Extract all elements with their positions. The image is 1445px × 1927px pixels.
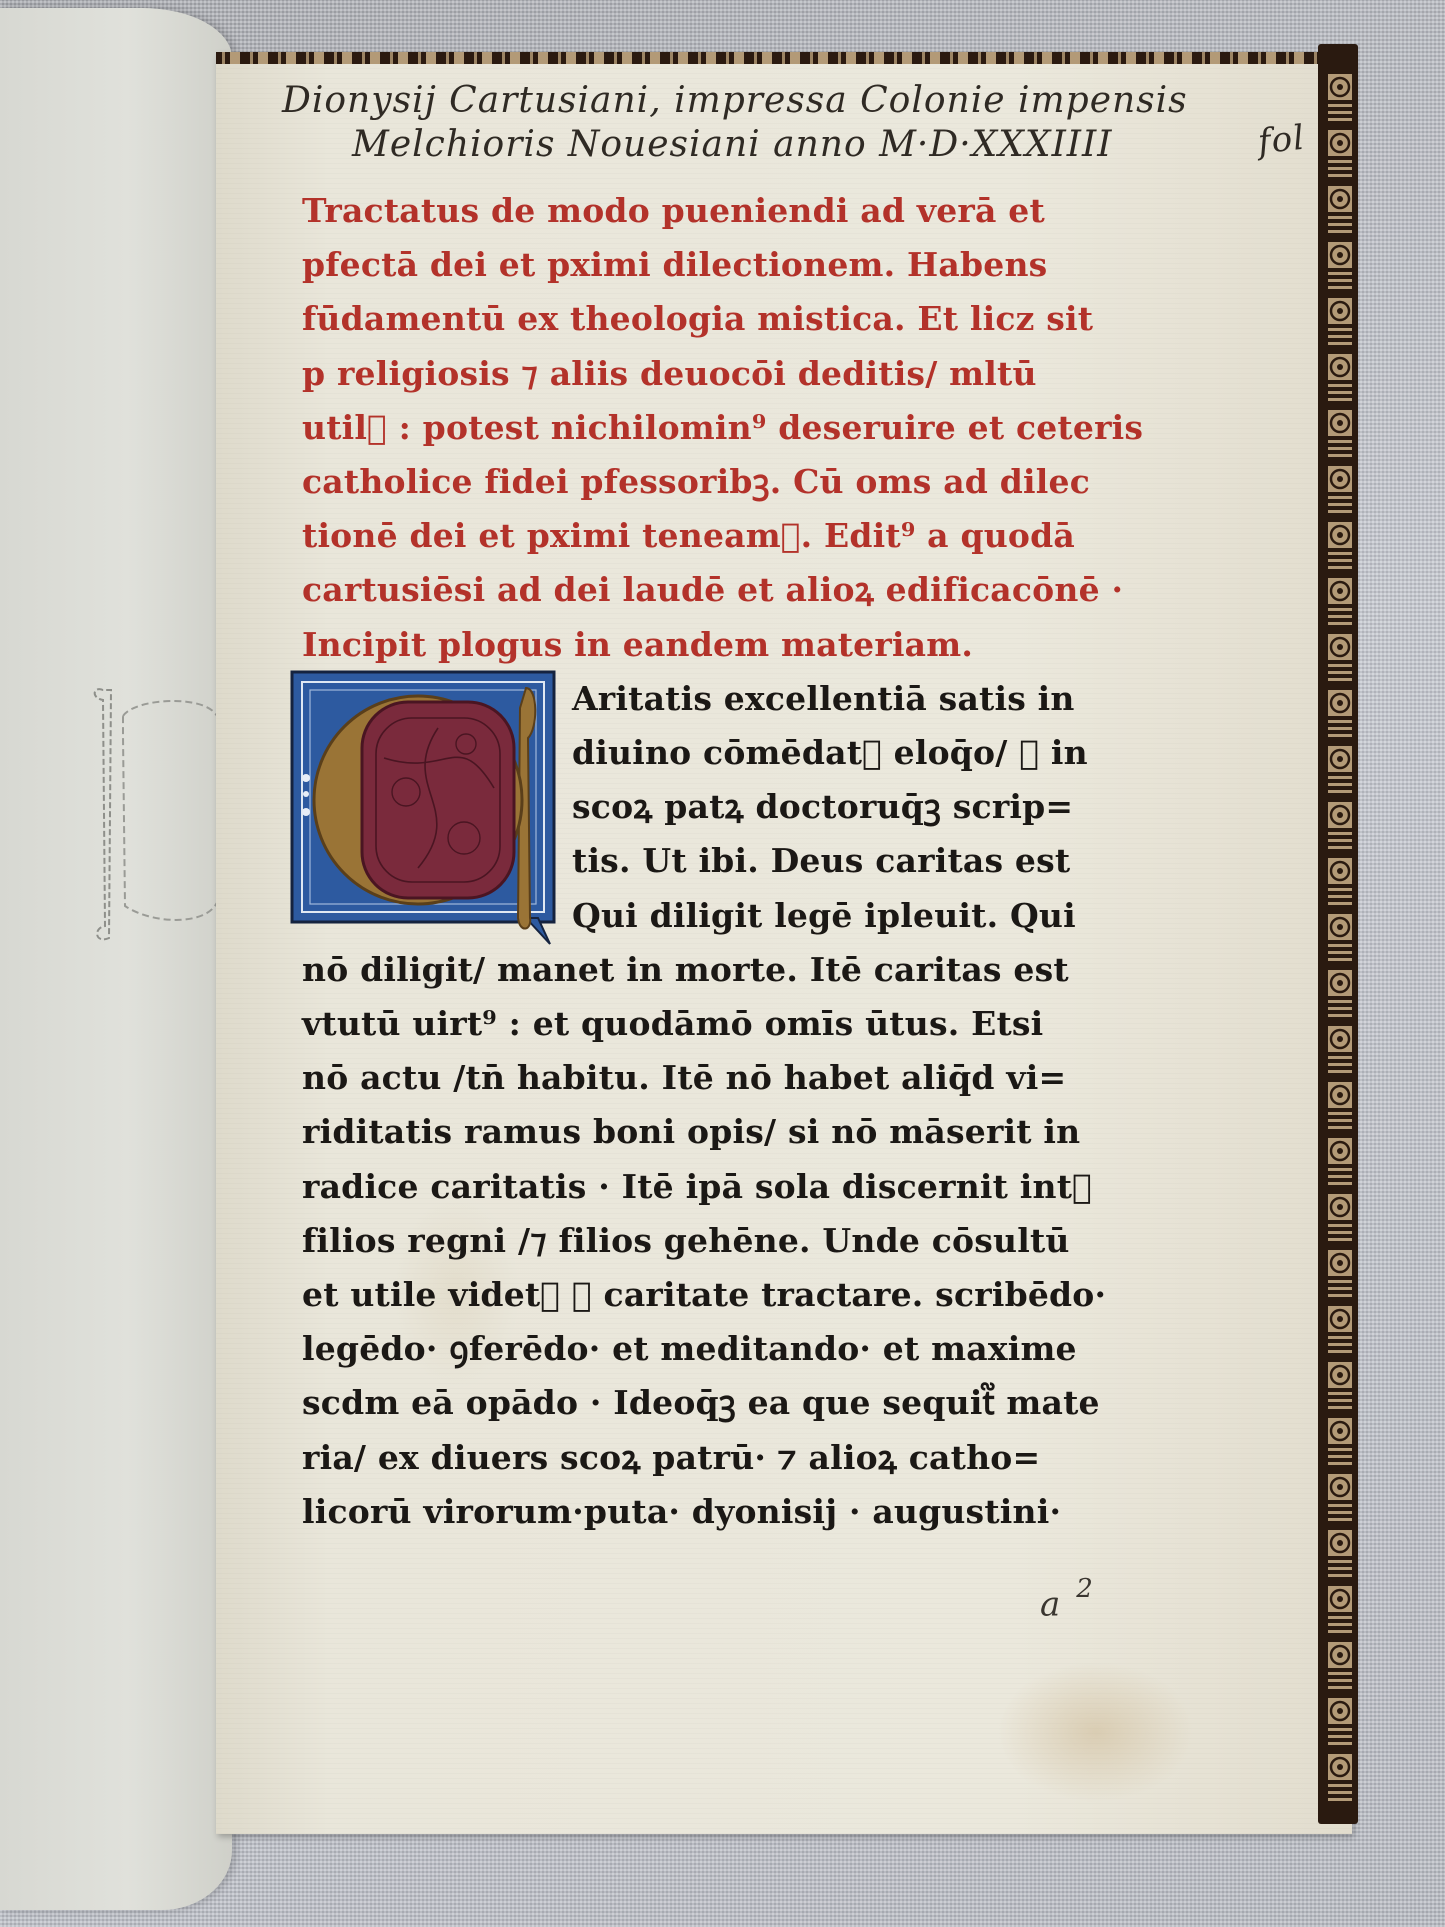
body-line: scdm eā opādo · Ideoq̄ꝫ ea que sequit᷑ m… <box>302 1376 1092 1430</box>
border-ornament-icon <box>1328 1754 1352 1804</box>
border-ornament-icon <box>1328 410 1352 460</box>
body-line: tis. Ut ibi. Deus caritas est <box>572 834 1092 888</box>
handwritten-folio-note: fol <box>1256 118 1307 163</box>
body-line: nō actu /tn̄ habitu. Itē nō habet aliq̄d… <box>302 1051 1092 1105</box>
border-ornament-icon <box>1328 1642 1352 1692</box>
body-line: vtutū uirt⁹ : et quodāmō omīs ūtus. Etsi <box>302 997 1092 1051</box>
body-line: licorū virorum·puta· dyonisij · augustin… <box>302 1485 1092 1539</box>
rubric-incipit-line: Incipit plogus in eandem materiam. <box>302 618 1092 672</box>
border-ornament-icon <box>1328 690 1352 740</box>
flyleaf-page <box>0 8 232 1910</box>
printed-text-block: Tractatus de modo pueniendi ad verā et p… <box>302 184 1092 1539</box>
border-ornament-icon <box>1328 298 1352 348</box>
border-ornament-icon <box>1328 1082 1352 1132</box>
border-ornament-icon <box>1328 242 1352 292</box>
body-line: scoꝝ patꝝ doctoruq̄ꝫ scrip= <box>572 780 1092 834</box>
border-ornament-icon <box>1328 1530 1352 1580</box>
border-ornament-icon <box>1328 186 1352 236</box>
border-ornament-icon <box>1328 1418 1352 1468</box>
decorative-top-border <box>216 52 1352 64</box>
border-ornament-icon <box>1328 130 1352 180</box>
border-ornament-icon <box>1328 914 1352 964</box>
body-line: nō diligit/ manet in morte. Itē caritas … <box>302 943 1092 997</box>
border-ornament-icon <box>1328 1306 1352 1356</box>
signature-letter: a <box>1040 1584 1060 1624</box>
border-ornament-icon <box>1328 1586 1352 1636</box>
decorative-right-border <box>1318 44 1358 1824</box>
handwritten-annotation-line-2: Melchioris Nouesiani anno M·D·XXXIIII <box>352 124 1112 165</box>
border-ornament-icon <box>1328 522 1352 572</box>
rubric-line: catholice fidei pfessoribꝫ. Cū oms ad di… <box>302 455 1092 509</box>
border-ornament-icon <box>1328 1474 1352 1524</box>
handwritten-annotation-line-1: Dionysij Cartusiani, impressa Colonie im… <box>282 80 1188 121</box>
body-line: ria/ ex diuers scoꝝ patrū· ⁊ alioꝝ catho… <box>302 1431 1092 1485</box>
signature-mark: a2 <box>1040 1580 1093 1624</box>
offset-initial-trace-icon <box>85 676 225 946</box>
body-line: filios regni /⁊ filios gehēne. Unde cōsu… <box>302 1214 1092 1268</box>
body-line: riditatis ramus boni opis/ si nō māserit… <box>302 1105 1092 1159</box>
body-line: legēdo· ꝯferēdo· et meditando· et maxime <box>302 1322 1092 1376</box>
border-ornament-icon <box>1328 466 1352 516</box>
border-ornament-icon <box>1328 1698 1352 1748</box>
rubric-line: Tractatus de modo pueniendi ad verā et <box>302 184 1092 238</box>
signature-number: 2 <box>1076 1574 1093 1604</box>
border-ornament-icon <box>1328 74 1352 124</box>
body-line: et utile videt᷑ ꝺ caritate tractare. scr… <box>302 1268 1092 1322</box>
border-ornament-icon <box>1328 1250 1352 1300</box>
rubric-line: p religiosis ⁊ aliis deuocōi deditis/ ml… <box>302 347 1092 401</box>
rubric-line: pfectā dei et pximi dilectionem. Habens <box>302 238 1092 292</box>
body-line: Qui diligit legē ipleuit. Qui <box>572 889 1092 943</box>
border-ornament-icon <box>1328 802 1352 852</box>
rubric-line: fūdamentū ex theologia mistica. Et licz … <box>302 292 1092 346</box>
border-ornament-icon <box>1328 1138 1352 1188</box>
border-ornament-icon <box>1328 746 1352 796</box>
border-ornament-icon <box>1328 354 1352 404</box>
rubric-line: cartusiēsi ad dei laudē et alioꝝ edifica… <box>302 563 1092 617</box>
border-ornament-icon <box>1328 970 1352 1020</box>
body-line: diuino cōmēdat᷑ eloq̄o/ ⁊ in <box>572 726 1092 780</box>
body-line: Aritatis excellentiā satis in <box>572 672 1092 726</box>
border-ornament-icon <box>1328 858 1352 908</box>
border-ornament-icon <box>1328 1362 1352 1412</box>
border-ornament-icon <box>1328 634 1352 684</box>
border-ornament-icon <box>1328 578 1352 628</box>
indented-body-lines: Aritatis excellentiā satis in diuino cōm… <box>302 672 1092 943</box>
border-ornament-icon <box>1328 1194 1352 1244</box>
rubric-line: tionē dei et pximi teneam᷑. Edit⁹ a quod… <box>302 509 1092 563</box>
border-ornament-icon <box>1328 1026 1352 1076</box>
body-line: radice caritatis · Itē ipā sola discerni… <box>302 1160 1092 1214</box>
rubric-line: util᷑ : potest nichilomin⁹ deseruire et … <box>302 401 1092 455</box>
